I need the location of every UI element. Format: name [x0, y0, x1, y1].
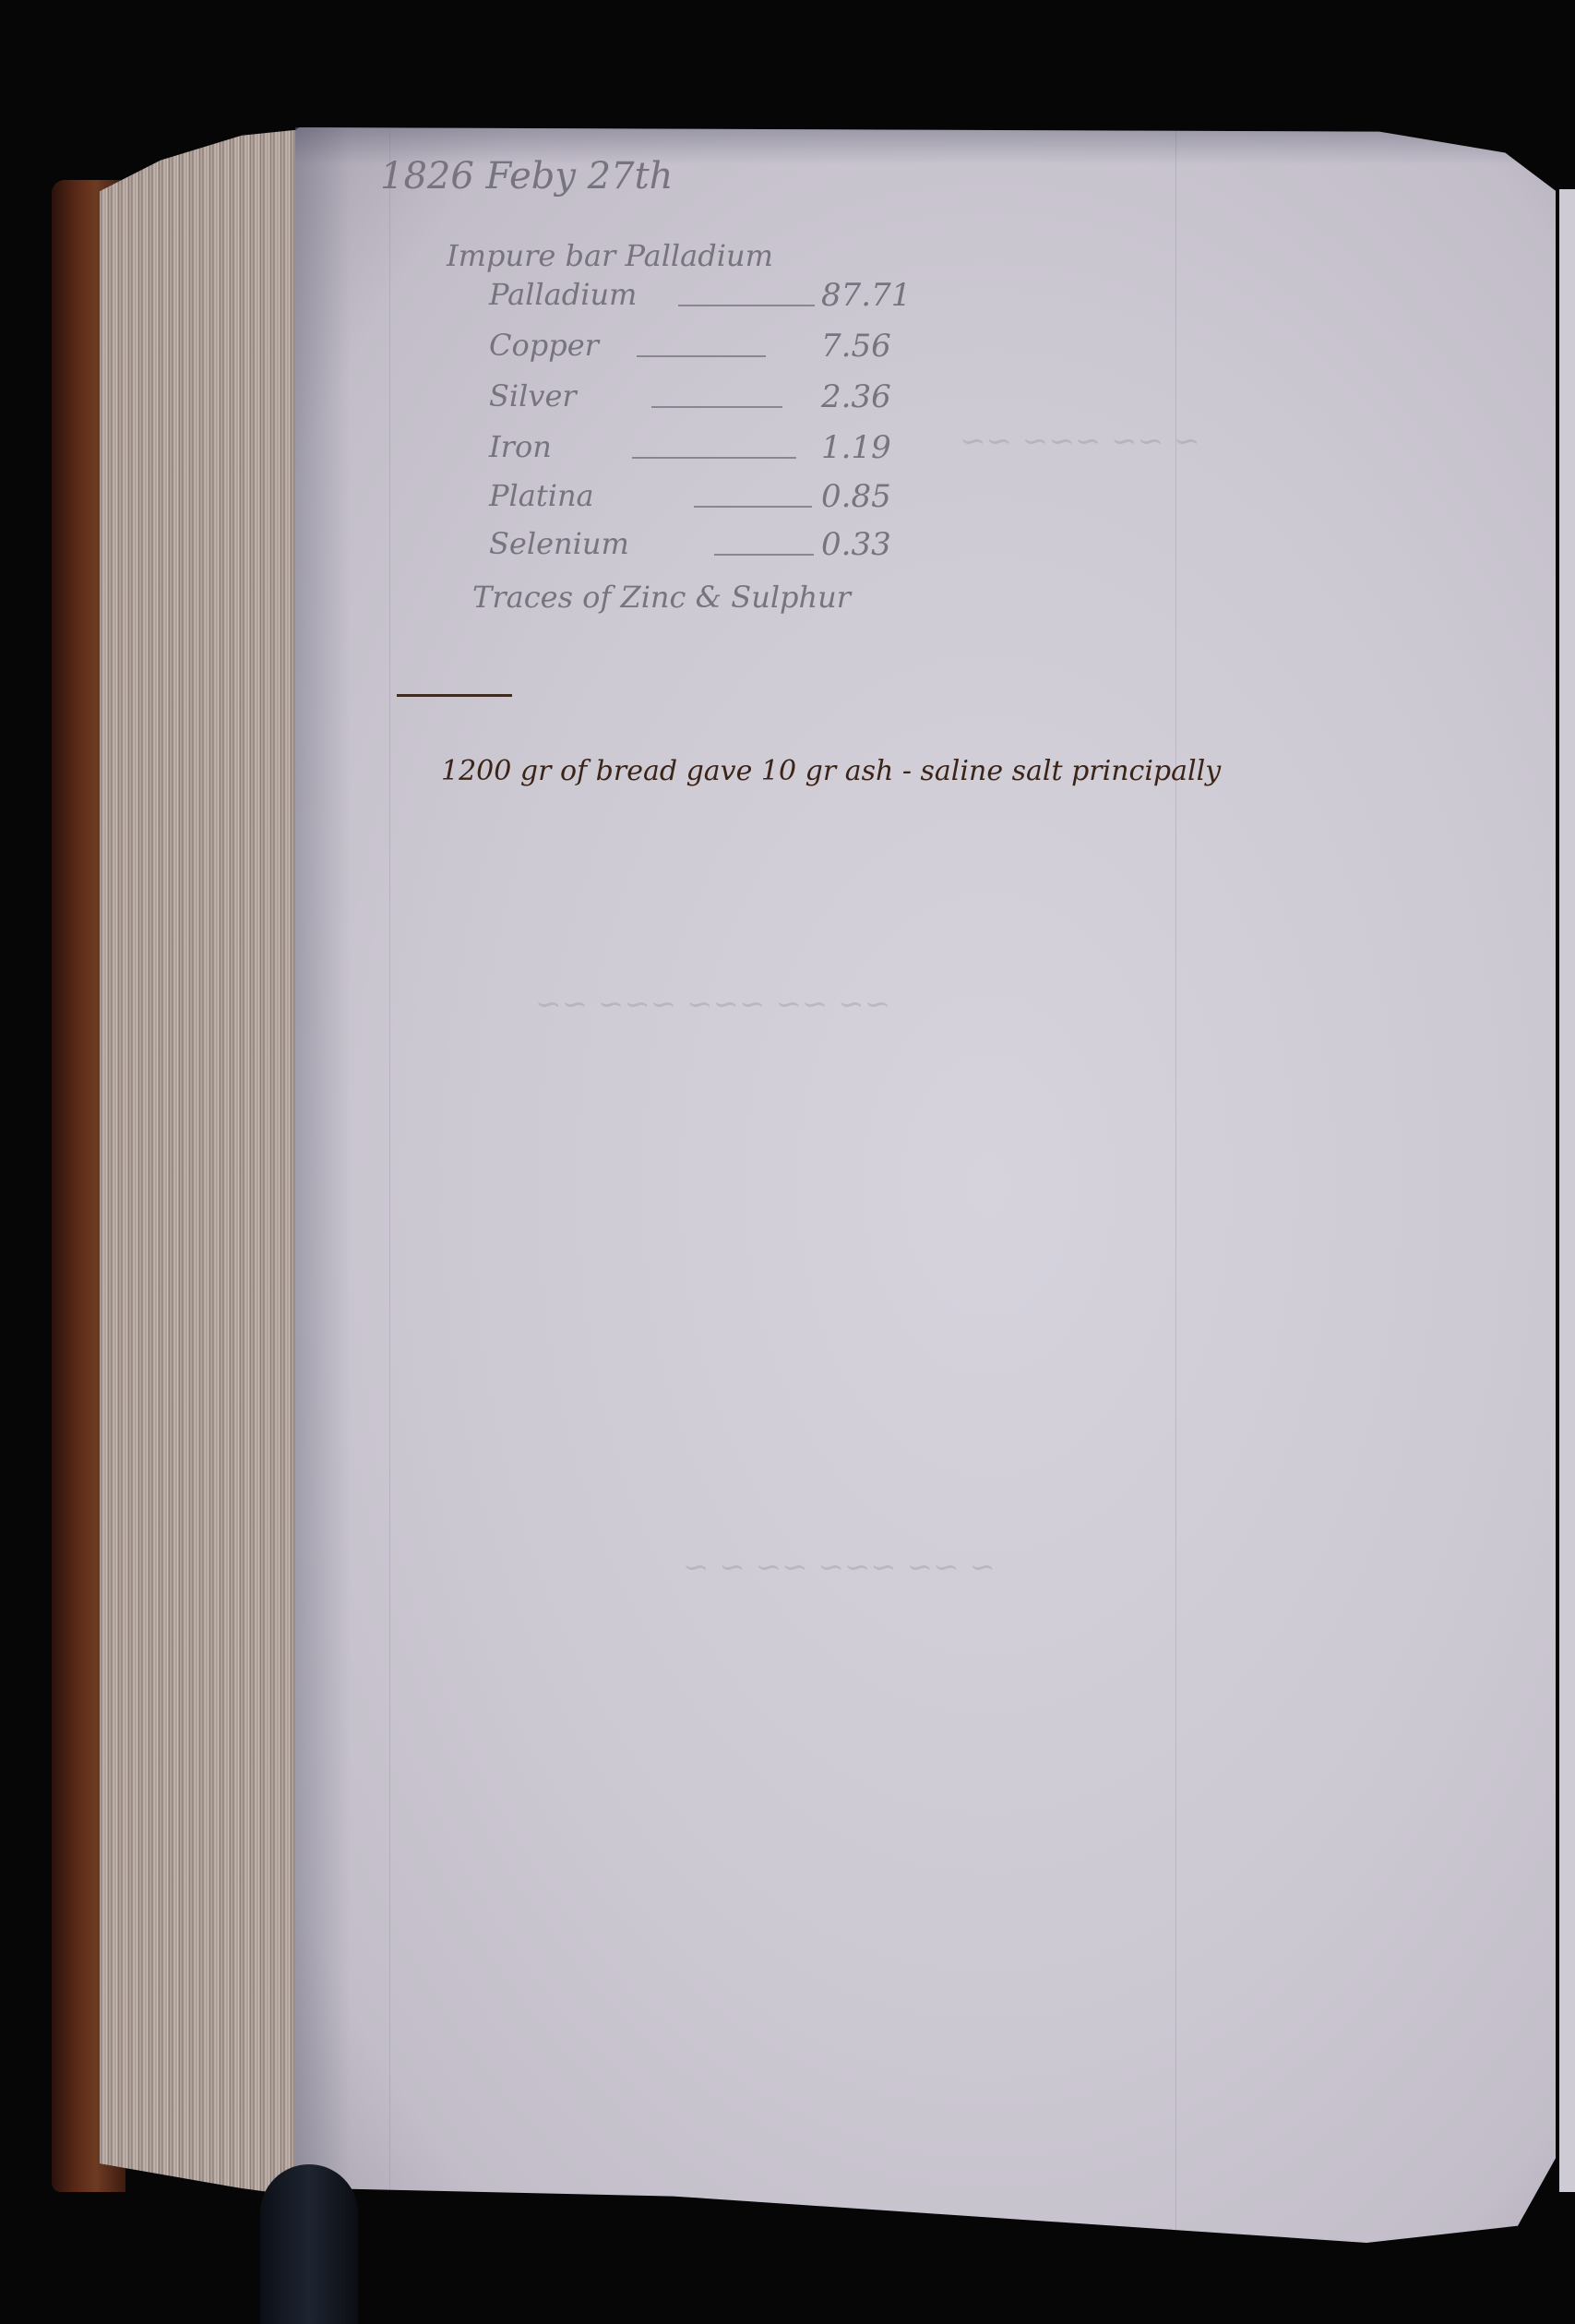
page-fore-edges — [100, 129, 303, 2197]
facing-page-edge — [1559, 189, 1575, 2192]
leader-line — [637, 355, 766, 357]
composition-row: Iron 1.19 — [489, 429, 969, 473]
leader-line — [678, 305, 815, 306]
leader-line — [632, 457, 796, 459]
element-name: Palladium — [489, 277, 637, 312]
composition-row: Copper 7.56 — [489, 328, 969, 372]
show-through-text: ~ ~~ ~~~ ~~ — [960, 423, 1199, 460]
entry-heading: Impure bar Palladium — [447, 238, 773, 273]
entry-date: 1826 Feby 27th — [380, 155, 673, 198]
element-value: 2.36 — [821, 378, 891, 415]
thumb-holding-page — [260, 2164, 358, 2324]
margin-rule — [389, 127, 390, 2243]
composition-row: Selenium 0.33 — [489, 526, 969, 570]
traces-note: Traces of Zinc & Sulphur — [472, 580, 851, 615]
composition-row: Platina 0.85 — [489, 478, 969, 522]
leader-line — [714, 554, 814, 556]
element-name: Platina — [489, 478, 594, 513]
composition-row: Silver 2.36 — [489, 378, 969, 423]
show-through-text: ~ ~~ ~~~ ~~ ~ ~ — [683, 1549, 996, 1586]
element-name: Selenium — [489, 526, 629, 561]
element-name: Silver — [489, 378, 577, 413]
element-name: Copper — [489, 328, 599, 363]
leader-line — [694, 506, 812, 508]
composition-row: Palladium 87.71 — [489, 277, 969, 321]
ink-note: 1200 gr of bread gave 10 gr ash - saline… — [441, 755, 1221, 787]
element-value: 7.56 — [821, 328, 891, 365]
show-through-text: ~~ ~~ ~~~ ~~~ ~~ — [535, 986, 890, 1023]
element-value: 1.19 — [821, 429, 891, 466]
ink-divider — [397, 694, 512, 697]
element-value: 0.33 — [821, 526, 891, 563]
leader-line — [651, 406, 782, 408]
element-value: 87.71 — [821, 277, 911, 314]
element-name: Iron — [489, 429, 552, 464]
element-value: 0.85 — [821, 478, 891, 515]
